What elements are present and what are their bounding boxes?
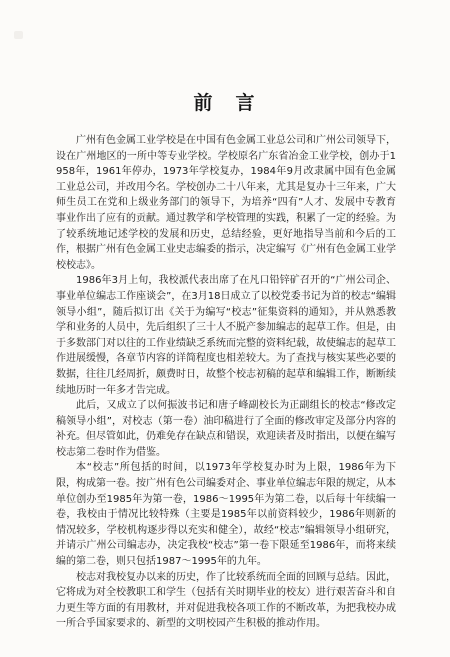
paragraph-4: 本“校志”所包括的时间，以1973年学校复办时为上限，1986年为下限，构成第一… [56,460,396,569]
paragraph-5: 校志对我校复办以来的历史，作了比较系统而全面的回顾与总结。因此，它将成为对全校教… [56,570,396,632]
paragraph-1: 广州有色金属工业学校是在中国有色金属工业总公司和广州公司领导下，设在广州地区的一… [56,133,396,273]
paragraph-3: 此后，又成立了以何振波书记和唐子峰副校长为正副组长的校志“修改定稿领导小组”，对… [56,398,396,460]
scan-artifact [14,31,23,39]
preface-body: 广州有色金属工业学校是在中国有色金属工业总公司和广州公司领导下，设在广州地区的一… [56,133,396,632]
page-title: 前 言 [0,88,450,115]
paragraph-2: 1986年3月上旬，我校派代表出席了在凡口铅锌矿召开的“广州公司企、事业单位编志… [56,273,396,398]
scanned-page: 前 言 广州有色金属工业学校是在中国有色金属工业总公司和广州公司领导下，设在广州… [0,0,450,657]
